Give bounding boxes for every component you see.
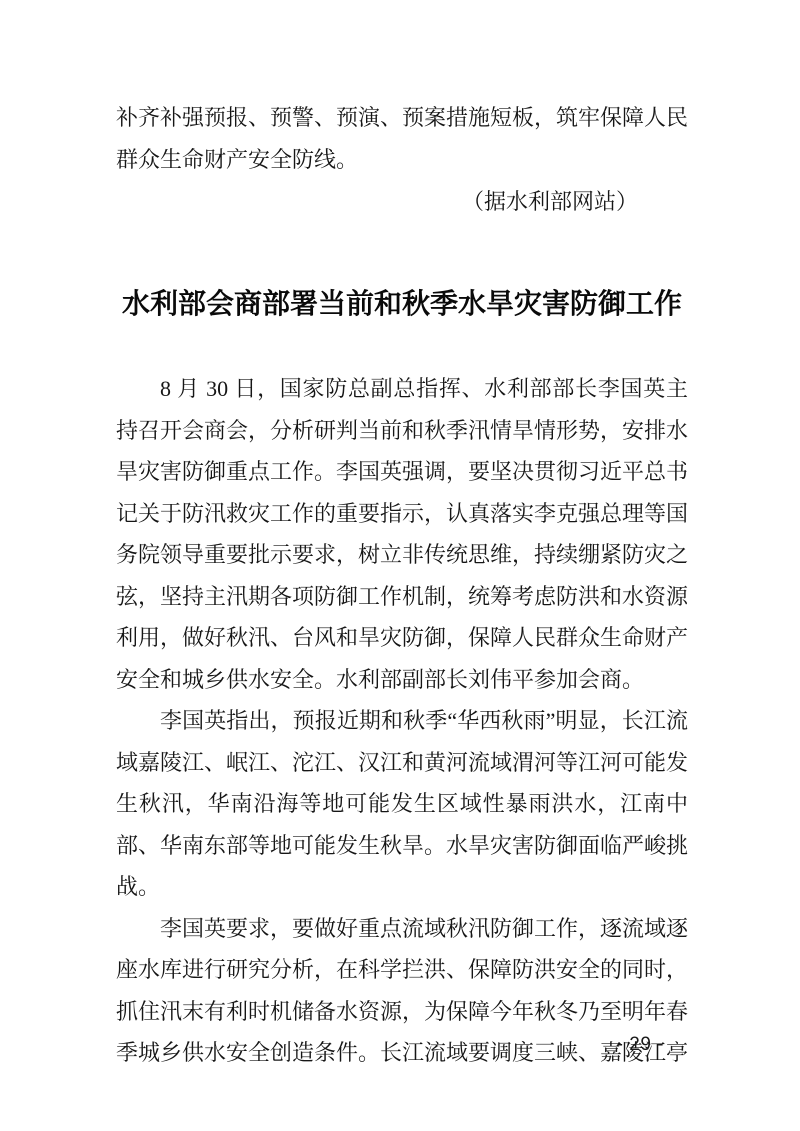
article-body: 8 月 30 日，国家防总副总指挥、水利部部长李国英主持召开会商会，分析研判当前… (116, 368, 688, 1074)
article-paragraph-1: 8 月 30 日，国家防总副总指挥、水利部部长李国英主持召开会商会，分析研判当前… (116, 368, 688, 700)
article-paragraph-2: 李国英指出，预报近期和秋季“华西秋雨”明显，长江流域嘉陵江、岷江、沱江、汉江和黄… (116, 700, 688, 908)
text-column: 补齐补强预报、预警、预演、预案措施短板，筑牢保障人民群众生命财产安全防线。 （据… (116, 0, 688, 1074)
page-number: - 29 - (617, 1034, 664, 1056)
source-attribution: （据水利部网站） (116, 181, 688, 223)
article-paragraph-3: 李国英要求，要做好重点流域秋汛防御工作，逐流域逐座水库进行研究分析，在科学拦洪、… (116, 908, 688, 1074)
article-title: 水利部会商部署当前和秋季水旱灾害防御工作 (102, 283, 702, 327)
document-page: 补齐补强预报、预警、预演、预案措施短板，筑牢保障人民群众生命财产安全防线。 （据… (0, 0, 800, 1131)
continuation-paragraph: 补齐补强预报、预警、预演、预案措施短板，筑牢保障人民群众生命财产安全防线。 (116, 97, 688, 181)
